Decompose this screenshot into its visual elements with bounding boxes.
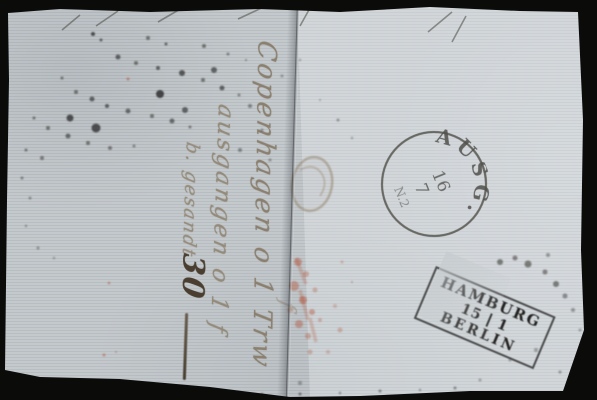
- ink-smudges: [21, 32, 354, 259]
- red-crayon-marks: [103, 78, 354, 357]
- photo-background: Copenhagen o 1 Trw ausgangen o 1 f b. ge…: [0, 0, 597, 400]
- postmark-month: 7: [410, 180, 433, 198]
- postmark-index: N.2: [391, 185, 412, 210]
- pen-flourishes: [62, 6, 466, 42]
- letter-paper: Copenhagen o 1 Trw ausgangen o 1 f b. ge…: [0, 0, 597, 400]
- postmark-date-divider: [486, 313, 493, 327]
- postmark-day: 16: [427, 168, 454, 196]
